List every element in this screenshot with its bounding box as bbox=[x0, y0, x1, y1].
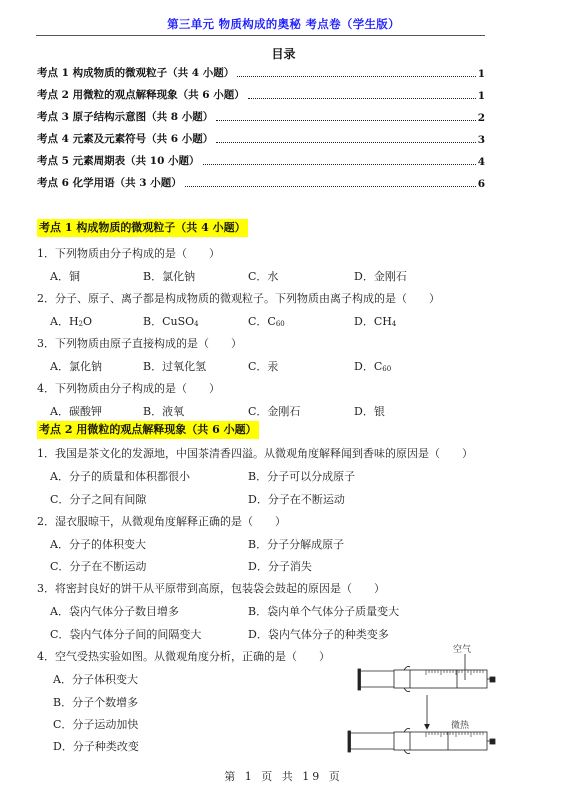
toc-leader-dots bbox=[203, 163, 476, 165]
toc-item-page: 6 bbox=[478, 178, 485, 190]
toc-item-page: 2 bbox=[478, 112, 485, 124]
question-2-4-option-d: D．分子种类改变 bbox=[53, 738, 139, 754]
toc-item-label: 考点 1 构成物质的微观粒子（共 4 小题） bbox=[37, 65, 234, 80]
question-2-3-option-b: B．袋内单个气体分子质量变大 bbox=[248, 603, 399, 619]
document-header-title: 第三单元 物质构成的奥秘 考点卷（学生版） bbox=[0, 16, 567, 32]
question-2-3-stem: 3．将密封良好的饼干从平原带到高原，包装袋会鼓起的原因是（ ） bbox=[37, 580, 385, 596]
toc-item-3[interactable]: 考点 3 原子结构示意图（共 8 小题）2 bbox=[37, 108, 485, 124]
toc-item-4[interactable]: 考点 4 元素及元素符号（共 6 小题）3 bbox=[37, 130, 485, 146]
question-2-2-stem: 2．湿衣服晾干，从微观角度解释正确的是（ ） bbox=[37, 513, 286, 529]
question-1-4-option-d: D．银 bbox=[354, 403, 385, 419]
toc-leader-dots bbox=[185, 185, 476, 187]
syringe-diagram-icon bbox=[340, 640, 520, 760]
header-divider bbox=[36, 35, 485, 36]
toc-item-2[interactable]: 考点 2 用微粒的观点解释现象（共 6 小题）1 bbox=[37, 86, 485, 102]
question-1-4-stem: 4．下列物质由分子构成的是（ ） bbox=[37, 380, 220, 396]
toc-item-6[interactable]: 考点 6 化学用语（共 3 小题）6 bbox=[37, 174, 485, 190]
question-2-2-option-a: A．分子的体积变大 bbox=[50, 536, 146, 552]
toc-item-page: 1 bbox=[478, 68, 485, 80]
question-1-1-option-d: D．金刚石 bbox=[354, 268, 407, 284]
question-1-2-option-b: B．CuSO4 bbox=[143, 313, 199, 329]
figure-label-heat: 微热 bbox=[451, 718, 469, 731]
toc-leader-dots bbox=[216, 141, 475, 143]
question-2-4-stem: 4．空气受热实验如图。从微观角度分析，正确的是（ ） bbox=[37, 648, 330, 664]
toc-item-label: 考点 2 用微粒的观点解释现象（共 6 小题） bbox=[37, 87, 245, 102]
question-2-2-option-b: B．分子分解成原子 bbox=[248, 536, 344, 552]
question-1-2-stem: 2．分子、原子、离子都是构成物质的微观粒子。下列物质由离子构成的是（ ） bbox=[37, 290, 440, 306]
question-1-3-option-d: D．C60 bbox=[354, 358, 391, 374]
question-1-1-option-c: C．水 bbox=[248, 268, 278, 284]
question-1-3-option-b: B．过氧化氢 bbox=[143, 358, 206, 374]
figure-label-air: 空气 bbox=[453, 642, 471, 655]
question-2-1-stem: 1．我国是茶文化的发源地，中国茶清香四溢。从微观角度解释闻到香味的原因是（ ） bbox=[37, 445, 473, 461]
question-1-4-option-a: A．碳酸钾 bbox=[50, 403, 102, 419]
question-1-2-option-a: A．H2O bbox=[50, 313, 92, 329]
question-1-4-option-b: B．液氧 bbox=[143, 403, 184, 419]
question-1-1-option-a: A．铜 bbox=[50, 268, 80, 284]
question-1-1-option-b: B．氯化钠 bbox=[143, 268, 195, 284]
toc-title: 目录 bbox=[0, 45, 567, 62]
question-2-2-option-d: D．分子消失 bbox=[248, 558, 312, 574]
question-2-4-option-c: C．分子运动加快 bbox=[53, 716, 138, 732]
question-1-2-option-d: D．CH4 bbox=[354, 313, 396, 329]
toc-item-label: 考点 6 化学用语（共 3 小题） bbox=[37, 175, 182, 190]
toc-item-page: 1 bbox=[478, 90, 485, 102]
question-1-1-stem: 1．下列物质由分子构成的是（ ） bbox=[37, 245, 220, 261]
toc-item-label: 考点 3 原子结构示意图（共 8 小题） bbox=[37, 109, 213, 124]
syringe-experiment-figure: 空气 微热 bbox=[340, 640, 520, 760]
question-2-2-option-c: C．分子在不断运动 bbox=[50, 558, 146, 574]
question-1-3-stem: 3．下列物质由原子直接构成的是（ ） bbox=[37, 335, 242, 351]
toc-item-1[interactable]: 考点 1 构成物质的微观粒子（共 4 小题）1 bbox=[37, 64, 485, 80]
question-1-4-option-c: C．金刚石 bbox=[248, 403, 300, 419]
toc-item-label: 考点 4 元素及元素符号（共 6 小题） bbox=[37, 131, 213, 146]
page-number-footer: 第 1 页 共 19 页 bbox=[0, 768, 567, 784]
question-2-3-option-c: C．袋内气体分子间的间隔变大 bbox=[50, 626, 201, 642]
question-2-3-option-a: A．袋内气体分子数目增多 bbox=[50, 603, 179, 619]
question-2-1-option-c: C．分子之间有间隙 bbox=[50, 491, 146, 507]
question-2-4-option-b: B．分子个数增多 bbox=[53, 694, 138, 710]
question-2-1-option-a: A．分子的质量和体积都很小 bbox=[50, 468, 190, 484]
toc-leader-dots bbox=[237, 75, 475, 77]
question-2-1-option-d: D．分子在不断运动 bbox=[248, 491, 345, 507]
toc-leader-dots bbox=[248, 97, 476, 99]
toc-leader-dots bbox=[216, 119, 475, 121]
question-2-4-option-a: A．分子体积变大 bbox=[53, 671, 138, 687]
toc-item-5[interactable]: 考点 5 元素周期表（共 10 小题）4 bbox=[37, 152, 485, 168]
question-1-3-option-c: C．汞 bbox=[248, 358, 278, 374]
section-heading-2: 考点 2 用微粒的观点解释现象（共 6 小题） bbox=[37, 421, 259, 439]
toc-item-page: 3 bbox=[478, 134, 485, 146]
toc-item-label: 考点 5 元素周期表（共 10 小题） bbox=[37, 153, 200, 168]
question-1-2-option-c: C．C60 bbox=[248, 313, 285, 329]
toc-item-page: 4 bbox=[478, 156, 485, 168]
question-2-1-option-b: B．分子可以分成原子 bbox=[248, 468, 355, 484]
section-heading-1: 考点 1 构成物质的微观粒子（共 4 小题） bbox=[37, 219, 248, 237]
question-1-3-option-a: A．氯化钠 bbox=[50, 358, 102, 374]
